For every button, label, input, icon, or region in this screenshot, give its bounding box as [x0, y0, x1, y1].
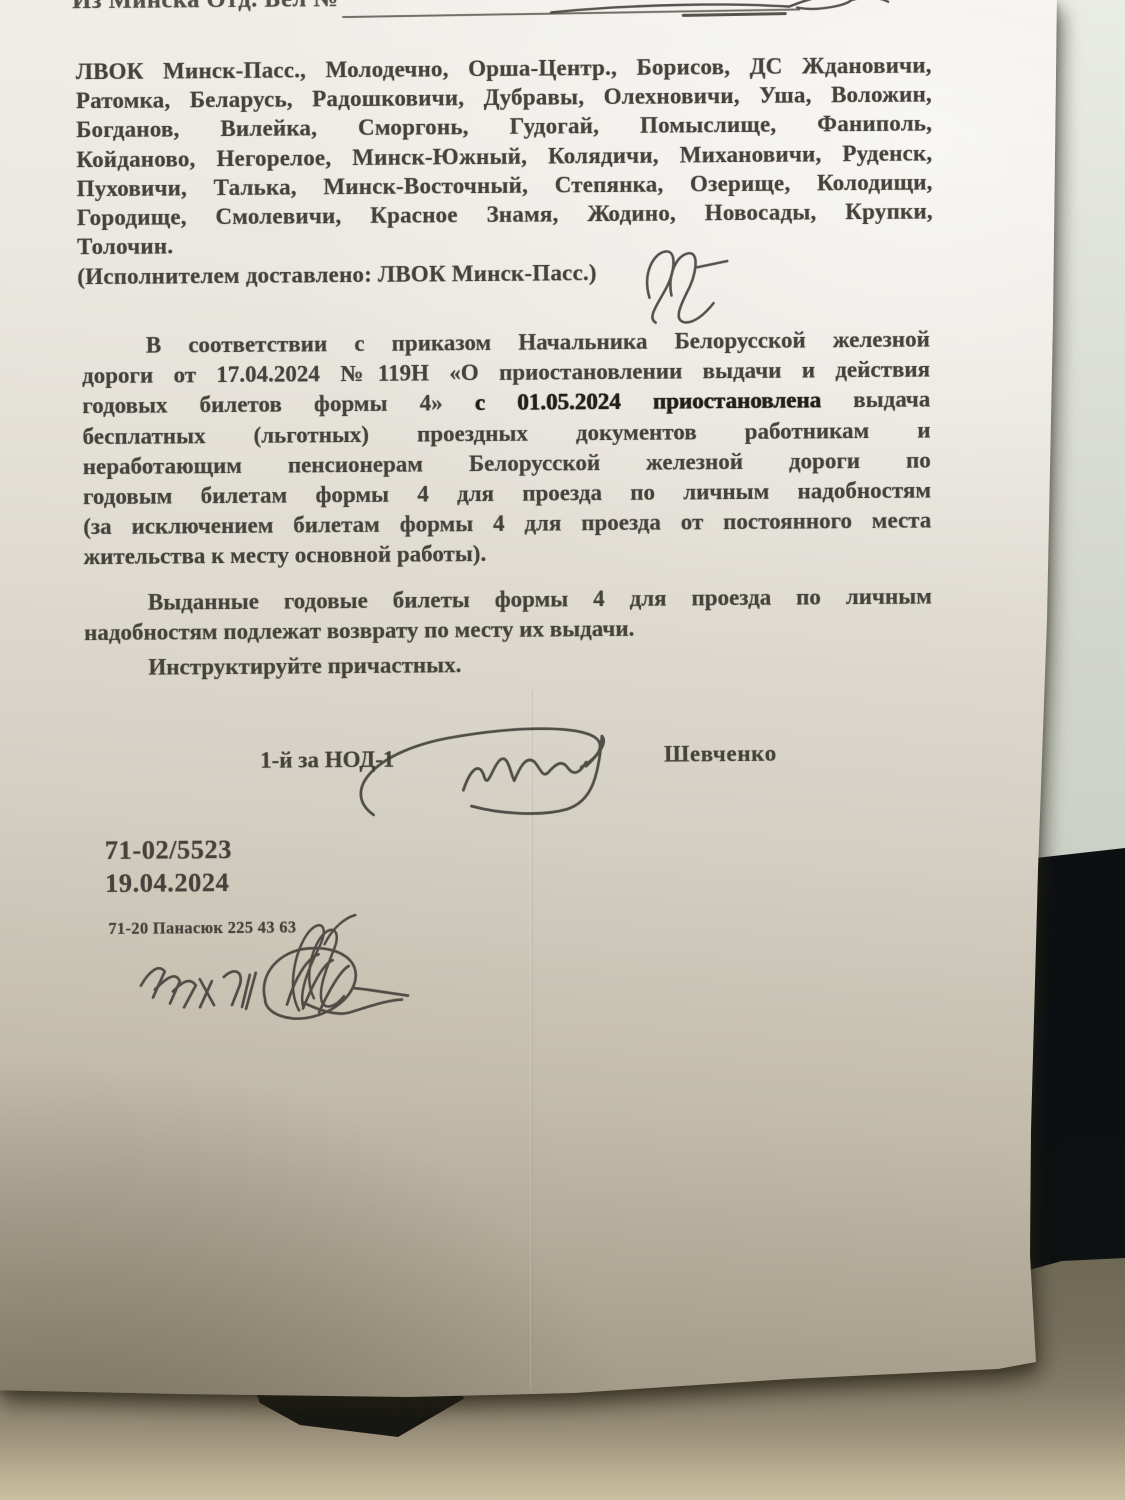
- handwritten-note-scribble: [141, 947, 409, 1019]
- top-handwritten-scribble: [551, 0, 888, 16]
- document-content: Из Минска Отд. Бел № ЛВОК Минск-Пасс., М…: [0, 0, 1125, 1500]
- document-sheet-wrap: Из Минска Отд. Бел № ЛВОК Минск-Пасс., М…: [0, 0, 1125, 1500]
- delivered-note-signature: [647, 251, 728, 323]
- photo-of-telegram-document: ая до Из Минска Отд. Бел № ЛВОК Минск-Па…: [0, 0, 1125, 1500]
- main-signature: [360, 728, 604, 815]
- handwriting-ink-layer: [0, 0, 1125, 1500]
- document-sheet: Из Минска Отд. Бел № ЛВОК Минск-Пасс., М…: [0, 0, 1125, 1500]
